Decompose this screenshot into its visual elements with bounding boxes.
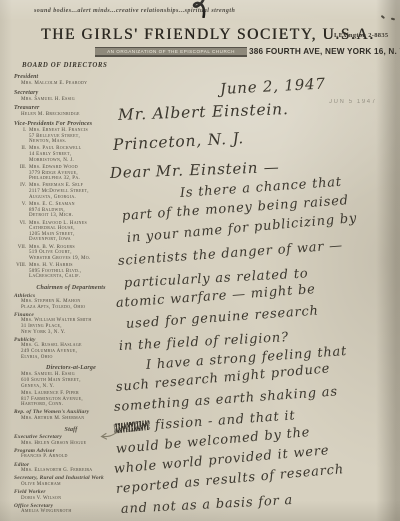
handwritten-line: and not as a basis for a [121,493,294,517]
entry-text-line: Augusta, Georgia. [29,195,128,201]
entry-numeral: III. [15,165,26,170]
entry-text-line: Webster Groves 19, Mo. [29,256,128,262]
entry-numeral: VIII. [15,263,26,268]
sidebar-section: Vice-Presidents For ProvincesI.Mrs. Erne… [14,121,128,280]
directory-entry: VII.Mrs. B. W. Rogers519 Olive Court,Web… [14,245,128,262]
recipient-name-line: Mr. Albert Einstein. [118,100,289,124]
directory-entry: VIII.Mrs. H. V. Harris5095 Foothill Blvd… [14,263,128,280]
sidebar-title: BOARD OF DIRECTORS [22,62,128,69]
sidebar-section-heading: Directors-at-Large [14,365,128,371]
banner-text: AN ORGANIZATION OF THE EPISCOPAL CHURCH [95,48,247,55]
entry-text-line: Amelia Wingenroth [14,509,128,515]
sidebar-section: TreasurerHelen M. Breckinridge [14,105,128,118]
entry-numeral: VII. [15,245,26,250]
entry-role-label: Office Secretary [14,503,128,509]
entry-text-line: Plaza Apts, Toledo, Ohio [14,305,128,311]
entry-role-label: Program Advisor [14,448,128,454]
sidebar-section-heading: Treasurer [14,105,128,111]
sidebar-section: Chairmen of DepartmentsAthleticsMrs. Ste… [14,285,128,360]
entry-text-line: Olive Marcham [14,482,128,488]
directory-entry: V.Mrs. E. C. Seaman8974 Baldwin,Detroit … [14,202,128,219]
directory-entry: I.Mrs. Ernest H. Francis57 Bellevue Stre… [14,128,128,145]
sidebar-section: SecretaryMrs. Samuel H. Essig [14,90,128,103]
phone-number: LExington 2-8835 [334,32,388,39]
crossed-out-word [113,420,150,434]
sidebar-section-heading: Secretary [14,90,128,96]
entry-text-line: Geneva, N. Y. [14,384,128,390]
directory-entry: PublicityMrs. G. Russel Haslage249 Colum… [14,337,128,360]
sidebar-sections: PresidentMrs. Malcolm E. PeabodySecretar… [14,74,128,515]
entry-numeral: V. [15,202,26,207]
entry-text-line: Mrs. Malcolm E. Peabody [14,81,128,87]
recipient-address-line: Princeton, N. J. [113,129,245,154]
directory-entry: Secretary, Rural and Industrial WorkOliv… [14,475,128,487]
directory-entry: Field WorkerDoris V. Wilson [14,489,128,501]
entry-role-label: Finance [14,312,128,318]
directory-entry: Mrs. Samuel H. Essig610 South Main Stree… [14,372,128,389]
entry-role-label: Publicity [14,337,128,343]
directory-entry: Helen M. Breckinridge [14,112,128,118]
directory-entry: EditorMrs. Ellsworth G. Ferreira [14,462,128,474]
corner-ink-mark [381,15,385,19]
episcopal-church-banner: AN ORGANIZATION OF THE EPISCOPAL CHURCH [95,47,247,57]
directory-entry: VI.Mrs. Elwood L. HainesCathedral House,… [14,221,128,244]
entry-numeral: VI. [15,221,26,226]
staple-ink-mark [192,0,214,18]
sidebar-section-heading: President [14,74,128,80]
entry-text-line: Mrs. Samuel H. Essig [14,97,128,103]
directory-entry: Mrs. Malcolm E. Peabody [14,81,128,87]
directory-entry: Program AdvisorFrances P. Arnold [14,448,128,460]
entry-text-line: Mrs. Ellsworth G. Ferreira [14,468,128,474]
entry-role-label: Field Worker [14,489,128,495]
org-address: 386 FOURTH AVE, NEW YORK 16, N. Y. [249,47,400,56]
directory-entry: Rep. of The Women's AuxiliaryMrs. Arthur… [14,409,128,421]
sidebar-section-heading: Chairmen of Departments [14,285,128,291]
corner-ink-mark [391,18,395,21]
directory-entry: FinanceMrs. William Walter Smith31 Irvin… [14,312,128,335]
entry-role-label: Secretary, Rural and Industrial Work [14,475,128,481]
entry-numeral: I. [15,128,26,133]
sidebar-section-heading: Vice-Presidents For Provinces [14,121,128,127]
entry-text-line: Detroit 13, Mich. [29,213,128,219]
entry-text-line: Helen M. Breckinridge [14,112,128,118]
entry-numeral: II. [15,146,26,151]
handwritten-date: June 2, 1947 [220,74,327,98]
entry-text-line: Mrs. Arthur M. Sherman [14,416,128,422]
entry-text-line: Doris V. Wilson [14,496,128,502]
entry-text-line: Hartford, Conn. [14,402,128,408]
entry-text-line: New York 3, N. Y. [14,330,128,336]
entry-role-label: Athletics [14,293,128,299]
entry-text-line: Elyria, Ohio [14,355,128,361]
directory-entry: II.Mrs. Paul Rockwell14 Early Street,Mor… [14,146,128,163]
directory-entry: IV.Mrs. Freeman E. Self2117 McDowell Str… [14,183,128,200]
entry-role-label: Editor [14,462,128,468]
entry-text-line: Davenport, Iowa [29,237,128,243]
scanned-letter-page: sound bodies...alert minds...creative re… [0,0,400,521]
sidebar-section: Directors-at-LargeMrs. Samuel H. Essig61… [14,365,128,421]
directory-entry: Mrs. Laurence F. Piper817 Farmington Ave… [14,391,128,408]
org-title: THE GIRLS' FRIENDLY SOCIETY, U.S.A. [41,26,375,44]
handwritten-text: and not as a basis for a [121,493,294,517]
entry-text-line: Frances P. Arnold [14,454,128,460]
pencil-arrow-annotation [100,427,118,445]
board-of-directors-sidebar: BOARD OF DIRECTORS PresidentMrs. Malcolm… [14,62,128,516]
entry-role-label: Rep. of The Women's Auxiliary [14,409,128,415]
entry-numeral: IV. [15,183,26,188]
salutation-line: Dear Mr. Einstein — [110,158,280,182]
directory-entry: AthleticsMrs. Stephen K. MahonPlaza Apts… [14,293,128,311]
entry-text-line: Morristown, N. J. [29,158,128,164]
directory-entry: Office SecretaryAmelia Wingenroth [14,503,128,515]
entry-text-line: LaCrescenta, Calif. [29,274,128,280]
directory-entry: Mrs. Samuel H. Essig [14,97,128,103]
received-date-stamp: JUN 5 1947 [329,99,377,105]
sidebar-section: PresidentMrs. Malcolm E. Peabody [14,74,128,87]
